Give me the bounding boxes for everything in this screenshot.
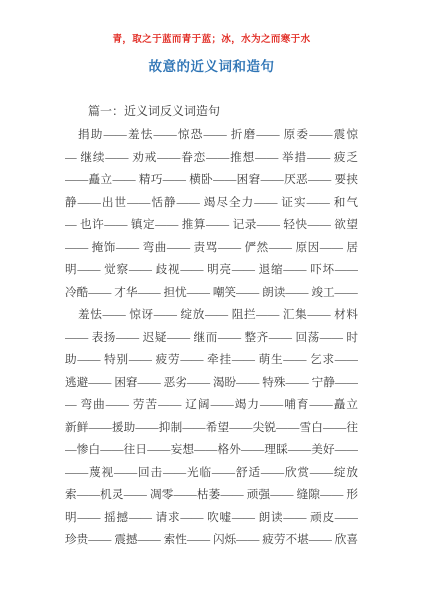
text-line: ——矗立—— 精巧—— 横卧——困窘——厌恶—— 要挟—— 幽	[65, 169, 358, 192]
text-line: 羞怯—— 惊讶—— 绽放—— 阻拦—— 汇集—— 材料—— 欣赏	[65, 304, 358, 327]
text-line: 逃避—— 困窘—— 恶劣—— 渴盼—— 特殊—— 宁静—— 容易—	[65, 372, 358, 395]
text-line: —— 表扬—— 迟疑—— 继而—— 整齐—— 回荡—— 时常—— 协	[65, 327, 358, 350]
text-line: 捐助——羞怯——惊恐—— 折磨—— 原委——震惊——尖利—	[65, 124, 358, 147]
text-line: 明—— 摇撼—— 请求—— 吹嘘—— 朗读—— 顽皮—— 生机——	[65, 507, 358, 530]
text-line: — 弯曲—— 劳苦—— 辽阔——竭力——哺育——矗立——隐藏——	[65, 394, 358, 417]
document-page: 青，取之于蓝而青于蓝；冰，水为之而寒于水 故意的近义词和造句 篇一：近义词反义词…	[0, 0, 423, 600]
text-line: 静——出世——恬静—— 竭尽全力—— 证实—— 和气—— 容易—	[65, 192, 358, 215]
text-line: —— 掩饰—— 弯曲—— 责骂—— 俨然—— 原因—— 居然—— 分	[65, 237, 358, 260]
text-line: 珍贵—— 震撼—— 索性—— 闪烁—— 疲劳不堪—— 欣喜若狂——	[65, 529, 358, 552]
section-heading: 篇一：近义词反义词造句	[0, 102, 423, 119]
document-body: 捐助——羞怯——惊恐—— 折磨—— 原委——震惊——尖利—— 继续—— 劝戒——…	[65, 124, 358, 552]
header-quote: 青，取之于蓝而青于蓝；冰，水为之而寒于水	[0, 31, 423, 45]
paragraph-2: 羞怯—— 惊讶—— 绽放—— 阻拦—— 汇集—— 材料—— 欣赏—— 表扬—— …	[65, 304, 358, 552]
text-line: 助—— 特别—— 疲劳—— 牵挂—— 萌生—— 乞求—— 奔流——	[65, 349, 358, 372]
text-line: 新鲜——援助——抑制——希望——尖锐——雪白——往常——倘若—	[65, 417, 358, 440]
paragraph-1: 捐助——羞怯——惊恐—— 折磨—— 原委——震惊——尖利—— 继续—— 劝戒——…	[65, 124, 358, 304]
text-line: 索——机灵—— 凋零——枯萎—— 顽强—— 缝隙—— 形象—— 聪	[65, 484, 358, 507]
text-line: ——蔑视——回击——光临——舒适——欣赏——绽放——轻快——思	[65, 462, 358, 485]
text-line: 冷酷—— 才华—— 担忧—— 嘲笑—— 朗读—— 竣工——	[65, 282, 358, 305]
text-line: — 继续—— 劝戒——眷恋——推想—— 举措—— 疲乏——欣赏	[65, 147, 358, 170]
doc-title: 故意的近义词和造句	[0, 55, 423, 75]
text-line: —惨白——往日——妄想——格外——理睬——美好——清脆——寻找	[65, 439, 358, 462]
text-line: 明—— 觉察—— 歧视—— 明亮—— 退缩—— 吓坏—— 竣工——	[65, 259, 358, 282]
text-line: — 也许—— 镇定—— 推算—— 记录—— 轻快—— 欲望—— 教育	[65, 214, 358, 237]
